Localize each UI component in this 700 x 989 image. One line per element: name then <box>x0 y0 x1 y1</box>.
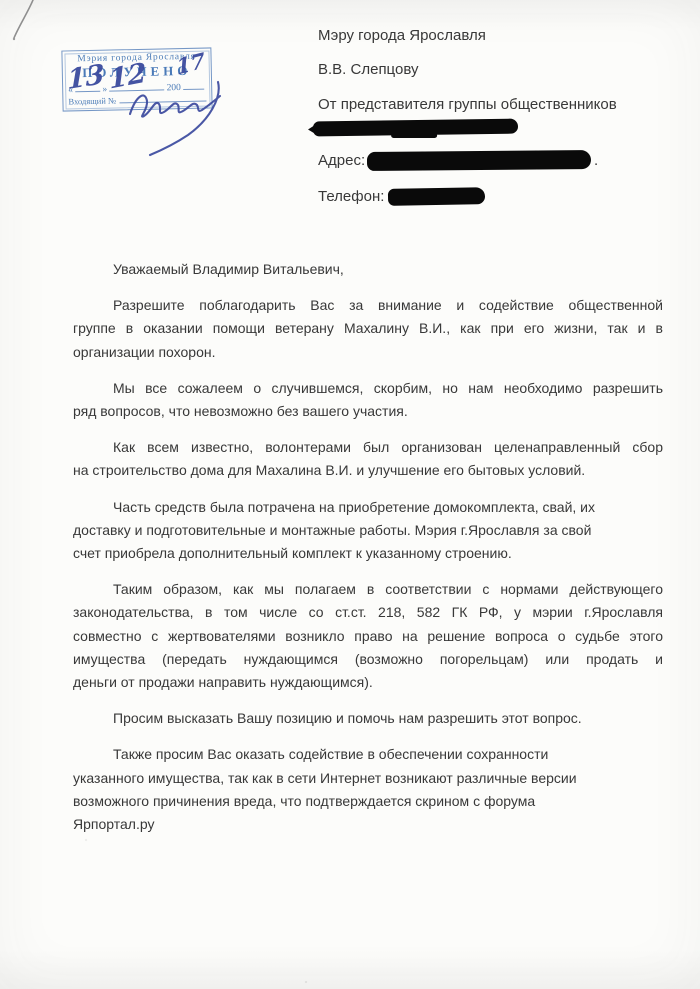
paragraph-thanks: Разрешите поблагодарить Вас за внимание … <box>73 294 663 364</box>
paragraph-line: счет приобрела дополнительный комплект к… <box>73 542 663 565</box>
redaction-bar-sender-name <box>313 119 518 137</box>
paragraph-fundraising: Как всем известно, волонтерами был орган… <box>73 436 663 482</box>
paragraph-line: доставку и подготовительные и монтажные … <box>73 519 663 542</box>
stamp-incoming-blank <box>119 93 207 104</box>
paragraph-condolence: Мы все сожалеем о случившемся, скорбим, … <box>73 377 663 423</box>
paragraph-line: Часть средств была потрачена на приобрет… <box>73 496 663 519</box>
redaction-bar-phone <box>388 187 485 206</box>
address-period: . <box>594 152 598 169</box>
salutation-line: Уважаемый Владимир Витальевич, <box>73 258 663 281</box>
stamp-month-blank <box>109 80 165 91</box>
phone-label: Телефон: <box>318 188 384 205</box>
paragraph-request-protection: Также просим Вас оказать содействие в об… <box>73 743 663 836</box>
stamp-year-blank <box>183 80 205 90</box>
recipient-name: В.В. Слепцову <box>318 61 418 78</box>
paragraph-line: деньги от продажи направить нуждающимся)… <box>73 671 663 694</box>
redaction-bar-address <box>367 150 591 171</box>
stamp-day-blank <box>75 82 101 93</box>
paragraph-line: ряд вопросов, что невозможно без вашего … <box>73 400 663 423</box>
paragraph-line: Разрешите поблагодарить Вас за внимание … <box>73 294 663 317</box>
stamp-quote-open: « <box>68 85 73 95</box>
address-label: Адрес: <box>318 152 365 169</box>
paragraph-line: законодательства, в том числе со ст.ст. … <box>73 601 663 624</box>
paragraph-spending: Часть средств была потрачена на приобрет… <box>73 496 663 566</box>
letter-body: Уважаемый Владимир Витальевич, Разрешите… <box>73 258 663 849</box>
pen-stroke-mark <box>2 0 44 46</box>
paragraph-line: Просим высказать Вашу позицию и помочь н… <box>73 707 663 730</box>
paragraph-line: Также просим Вас оказать содействие в об… <box>73 743 663 766</box>
paragraph-legal: Таким образом, как мы полагаем в соответ… <box>73 578 663 694</box>
paragraph-request-position: Просим высказать Вашу позицию и помочь н… <box>73 707 663 730</box>
recipient-title: Мэру города Ярославля <box>318 27 486 44</box>
paragraph-line: Мы все сожалеем о случившемся, скорбим, … <box>73 377 663 400</box>
paragraph-line: совместно с жертвователями возникло прав… <box>73 625 663 648</box>
paragraph-line: организации похорон. <box>73 341 663 364</box>
paragraph-line: Ярпортал.ру <box>73 813 663 836</box>
stamp-received-label: ПОЛУЧЕНО <box>63 62 211 81</box>
paragraph-line: группе в оказании помощи ветерану Махали… <box>73 317 663 340</box>
received-stamp: Мэрия города Ярославля ПОЛУЧЕНО « » 200 … <box>61 47 212 111</box>
paragraph-line: имущества (передать нуждающимся (возможн… <box>73 648 663 671</box>
paragraph-line: указанного имущества, так как в сети Инт… <box>73 767 663 790</box>
stamp-incoming-label: Входящий № <box>68 95 116 106</box>
salutation: Уважаемый Владимир Витальевич, <box>73 258 663 281</box>
paragraph-line: возможного причинения вреда, что подтвер… <box>73 790 663 813</box>
sender-line: От представителя группы общественников <box>318 96 617 113</box>
stamp-quote-close: » <box>102 85 107 95</box>
stamp-year-prefix: 200 <box>167 83 181 93</box>
scanned-letter-page: Мэрия города Ярославля ПОЛУЧЕНО « » 200 … <box>0 0 700 989</box>
paragraph-line: на строительство дома для Махалина В.И. … <box>73 459 663 482</box>
paragraph-line: Таким образом, как мы полагаем в соответ… <box>73 578 663 601</box>
paragraph-line: Как всем известно, волонтерами был орган… <box>73 436 663 459</box>
